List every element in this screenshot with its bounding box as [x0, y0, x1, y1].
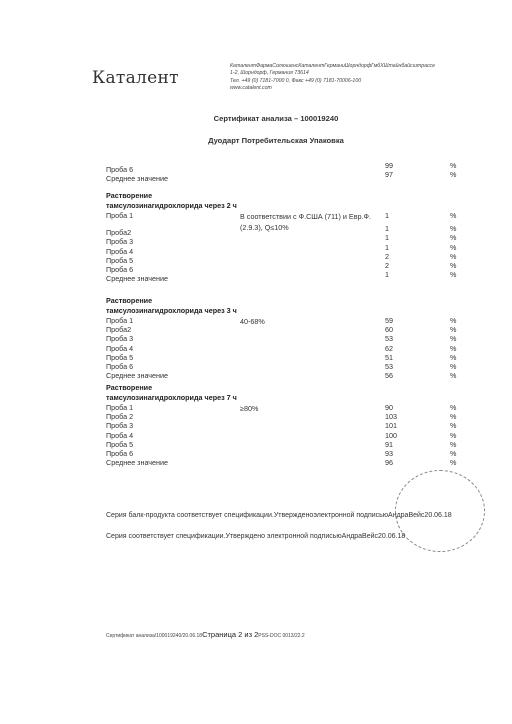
- company-logo: Каталент: [92, 68, 179, 88]
- result-unit: %: [450, 161, 456, 170]
- result-label: Проба 4: [106, 247, 133, 256]
- section-heading: Растворение: [106, 191, 152, 201]
- result-label: Проба 6: [106, 265, 133, 274]
- section-heading: Растворение: [106, 383, 152, 393]
- result-unit: %: [450, 421, 456, 430]
- section-heading: Растворение: [106, 296, 152, 306]
- result-value: 90: [385, 403, 393, 412]
- signature-stamp: [395, 470, 485, 552]
- result-unit: %: [450, 458, 456, 467]
- company-address: КаталентФармаСолюшенсКаталентГерманиШорн…: [230, 63, 490, 93]
- result-value: 1: [385, 243, 389, 252]
- result-value: 1: [385, 233, 389, 242]
- result-label: Среднее значение: [106, 174, 168, 183]
- result-unit: %: [450, 449, 456, 458]
- result-unit: %: [450, 211, 456, 220]
- result-unit: %: [450, 325, 456, 334]
- result-unit: %: [450, 371, 456, 380]
- result-value: 100: [385, 431, 397, 440]
- specification: В соответствии с Ф.США (711) и Евр.Ф. (2…: [240, 211, 380, 233]
- section-heading: тамсулозинагидрохлорида через 7 ч: [106, 393, 237, 403]
- result-value: 101: [385, 421, 397, 430]
- result-unit: %: [450, 334, 456, 343]
- result-unit: %: [450, 316, 456, 325]
- result-unit: %: [450, 412, 456, 421]
- result-value: 99: [385, 161, 393, 170]
- section-heading: тамсулозинагидрохлорида через 3 ч: [106, 306, 237, 316]
- page-footer: Сертификат анализа/100019240/20.06.18Стр…: [106, 630, 305, 639]
- result-unit: %: [450, 252, 456, 261]
- result-value: 97: [385, 170, 393, 179]
- result-label: Проба 5: [106, 353, 133, 362]
- result-label: Проба 1: [106, 211, 133, 220]
- result-unit: %: [450, 270, 456, 279]
- result-unit: %: [450, 353, 456, 362]
- result-unit: %: [450, 440, 456, 449]
- result-value: 2: [385, 261, 389, 270]
- result-label: Среднее значение: [106, 458, 168, 467]
- result-label: Проба 1: [106, 403, 133, 412]
- certificate-title: Сертификат анализа – 100019240: [0, 114, 512, 123]
- result-label: Проба 2: [106, 412, 133, 421]
- address-line: КаталентФармаСолюшенсКаталентГерманиШорн…: [230, 63, 490, 70]
- result-unit: %: [450, 224, 456, 233]
- result-value: 56: [385, 371, 393, 380]
- section-heading: тамсулозинагидрохлорида через 2 ч: [106, 201, 237, 211]
- result-label: Проба 3: [106, 237, 133, 246]
- result-label: Среднее значение: [106, 274, 168, 283]
- result-value: 1: [385, 270, 389, 279]
- result-unit: %: [450, 243, 456, 252]
- result-unit: %: [450, 170, 456, 179]
- result-label: Проба 5: [106, 256, 133, 265]
- result-value: 103: [385, 412, 397, 421]
- result-value: 62: [385, 344, 393, 353]
- result-unit: %: [450, 261, 456, 270]
- result-value: 2: [385, 252, 389, 261]
- result-label: Проба 5: [106, 440, 133, 449]
- result-value: 59: [385, 316, 393, 325]
- result-label: Проба 4: [106, 344, 133, 353]
- result-value: 51: [385, 353, 393, 362]
- result-value: 53: [385, 362, 393, 371]
- specification: ≥80%: [240, 403, 380, 414]
- result-label: Проба 6: [106, 449, 133, 458]
- result-label: Проба2: [106, 325, 131, 334]
- result-label: Проба2: [106, 228, 131, 237]
- result-value: 60: [385, 325, 393, 334]
- footer-doc-ref: Сертификат анализа/100019240/20.06.18: [106, 633, 202, 639]
- result-label: Проба 6: [106, 362, 133, 371]
- result-value: 91: [385, 440, 393, 449]
- result-value: 96: [385, 458, 393, 467]
- result-unit: %: [450, 344, 456, 353]
- result-value: 93: [385, 449, 393, 458]
- signature-line: Серия соответствует спецификации.Утвержд…: [106, 533, 405, 540]
- result-label: Проба 4: [106, 431, 133, 440]
- result-label: Проба 1: [106, 316, 133, 325]
- address-line: 1-2, Шорндорф, Германия 73614: [230, 70, 490, 77]
- page-number: Страница 2 из 2: [202, 630, 258, 639]
- address-line: Тел. +49 (0) 7181-7000 0, Факс +49 (0) 7…: [230, 78, 490, 85]
- result-unit: %: [450, 362, 456, 371]
- result-value: 1: [385, 224, 389, 233]
- result-label: Проба 3: [106, 334, 133, 343]
- result-unit: %: [450, 233, 456, 242]
- footer-form-ref: PSS-DOC 0013/22.2: [258, 633, 304, 639]
- signature-line: Серия балк-продукта соответствует специф…: [106, 512, 452, 519]
- result-unit: %: [450, 403, 456, 412]
- result-label: Проба 3: [106, 421, 133, 430]
- result-label: Проба 6: [106, 165, 133, 174]
- result-unit: %: [450, 431, 456, 440]
- specification: 40-68%: [240, 316, 380, 327]
- address-line: www.catalent.com: [230, 85, 490, 92]
- result-label: Среднее значение: [106, 371, 168, 380]
- result-value: 1: [385, 211, 389, 220]
- product-name: Дуодарт Потребительская Упаковка: [0, 136, 512, 145]
- result-value: 53: [385, 334, 393, 343]
